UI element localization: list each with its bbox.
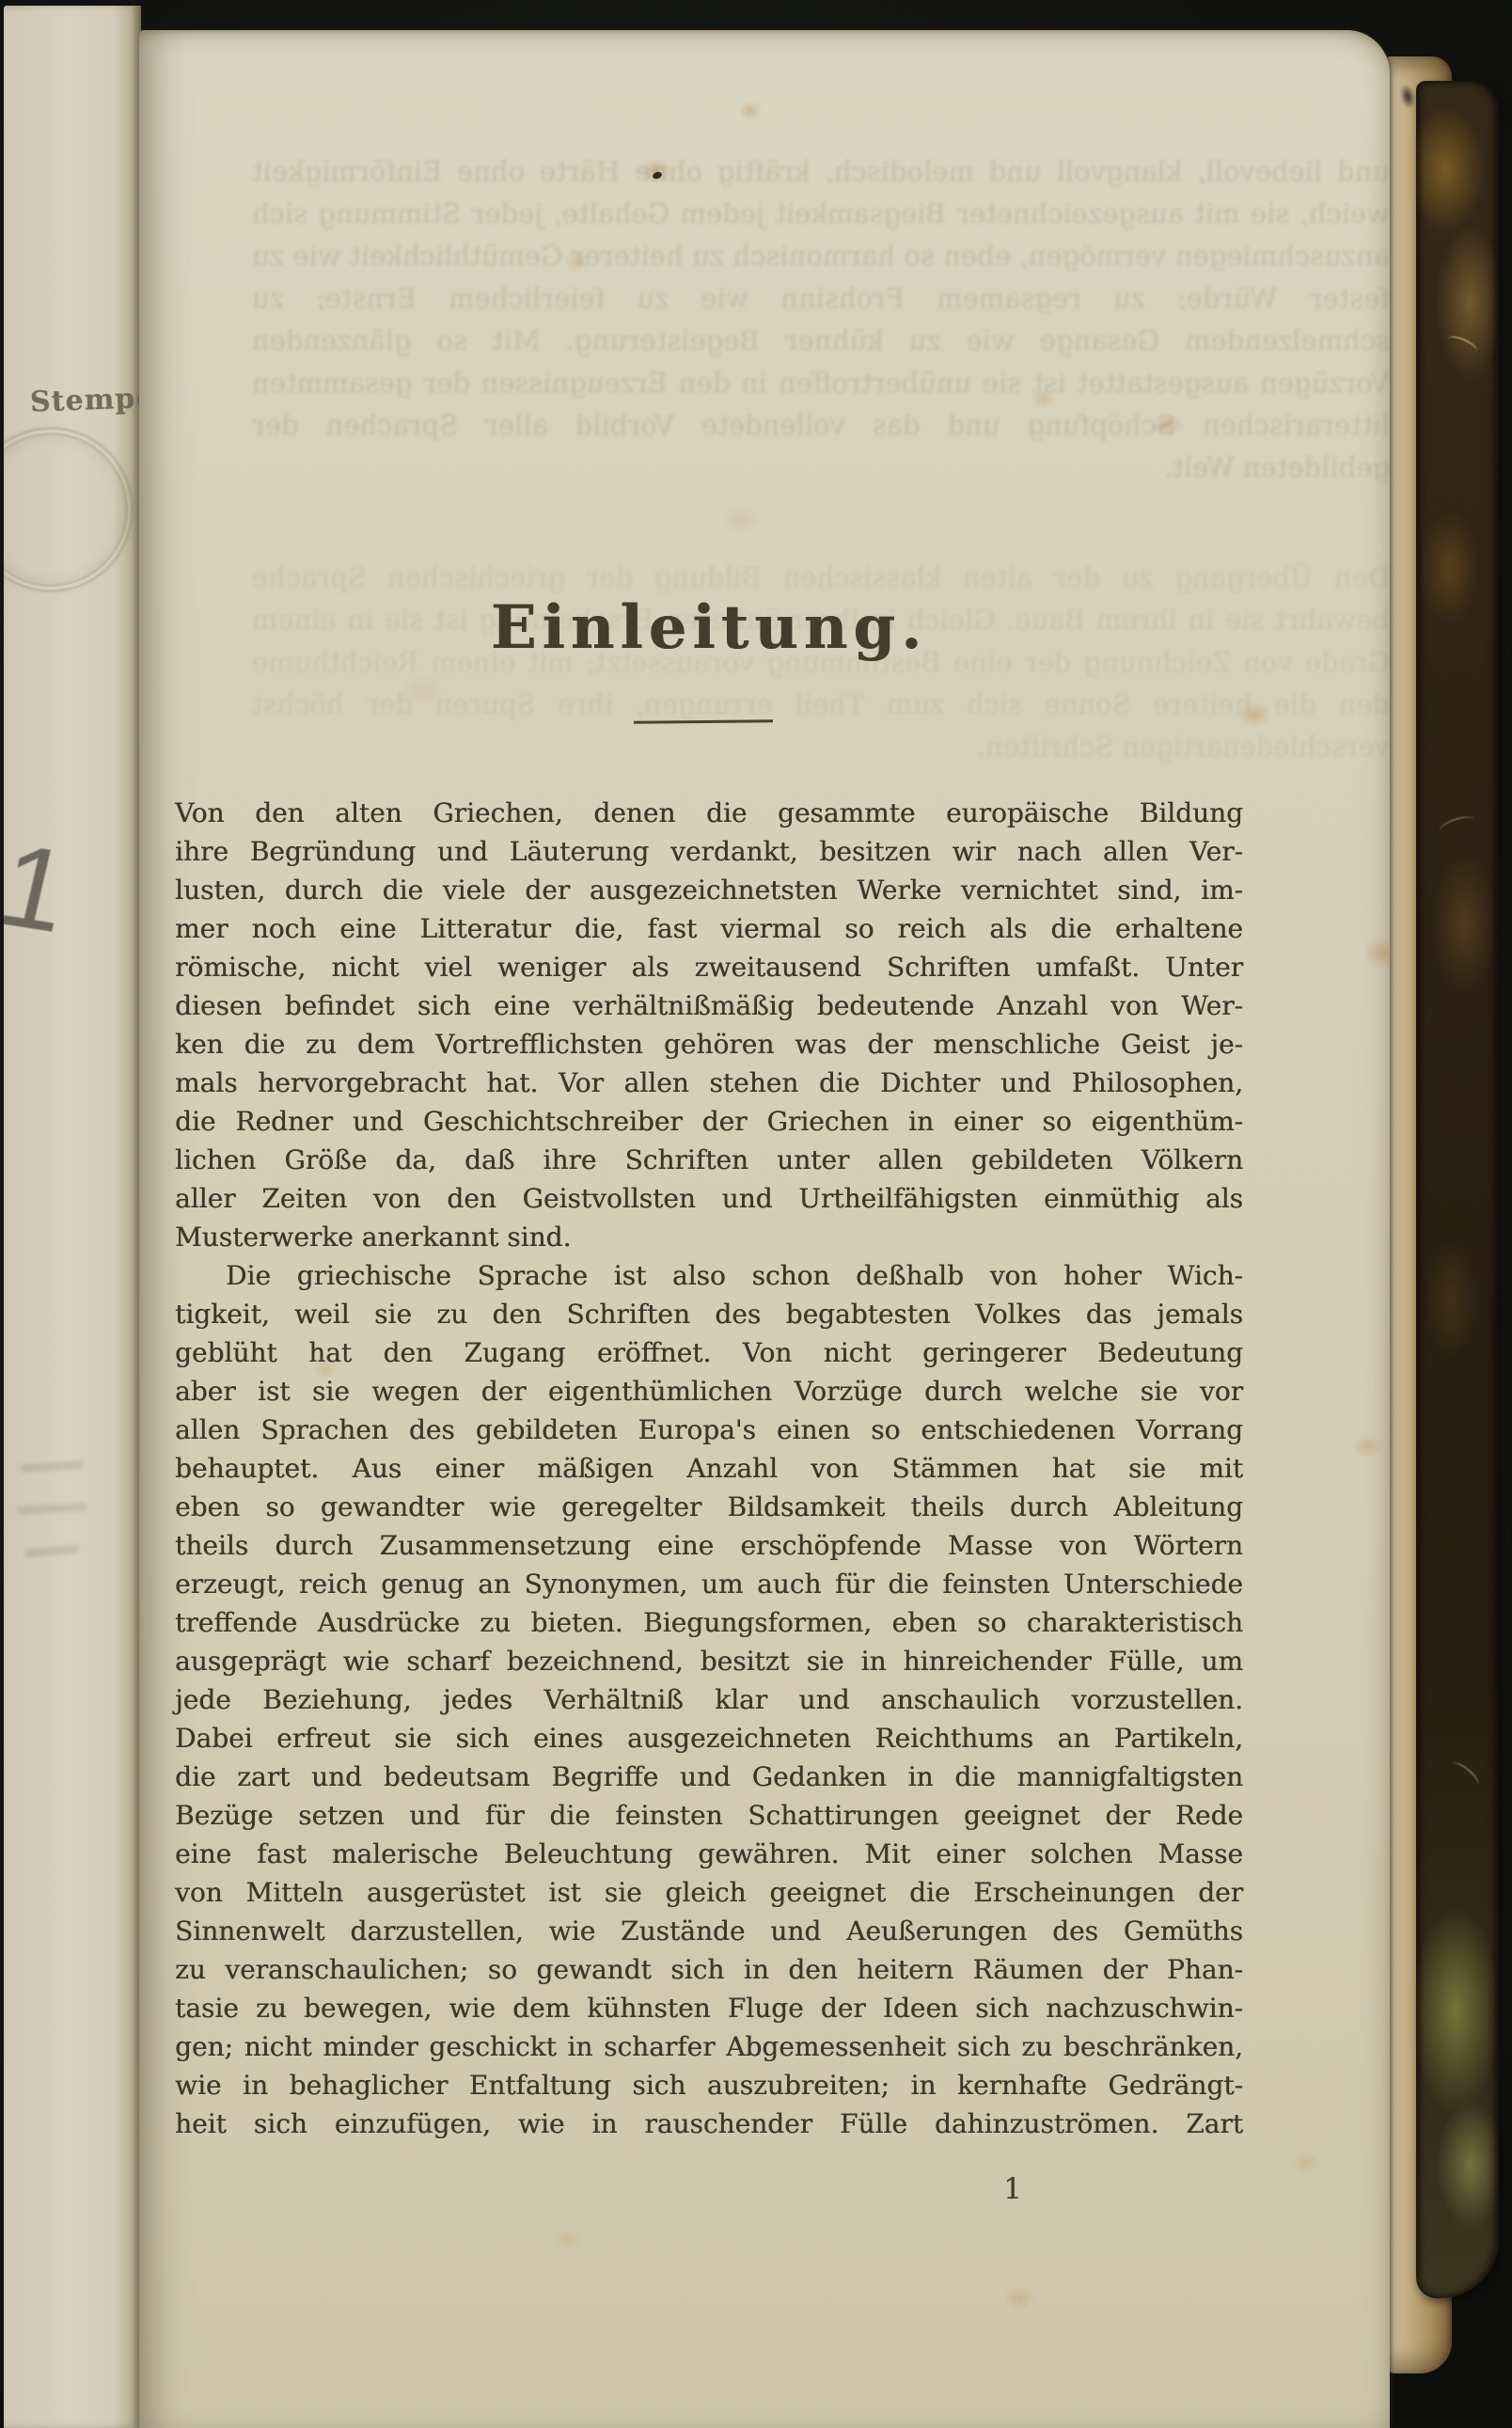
ink-speck [652, 171, 663, 181]
text-line: ken die zu dem Vortrefflichsten gehören … [175, 1025, 1243, 1064]
text-line: eine fast malerische Beleuchtung gewähre… [175, 1835, 1243, 1873]
text-line: aber ist sie wegen der eigenthümlichen V… [175, 1372, 1243, 1411]
text-line: die zart und bedeutsam Begriffe und Geda… [175, 1758, 1243, 1796]
heading-rule [634, 719, 773, 724]
text-line: aller Zeiten von den Geistvollsten und U… [175, 1179, 1243, 1218]
text-line: Sinnenwelt darzustellen, wie Zustände un… [175, 1912, 1243, 1950]
text-line: die Redner und Geschichtschreiber der Gr… [175, 1102, 1243, 1141]
text-line: tigkeit, weil sie zu den Schriften des b… [175, 1295, 1243, 1333]
text-line: lusten, durch die viele der ausgezeichne… [175, 871, 1243, 909]
embossed-stamp-icon [4, 409, 141, 609]
text-line: römische, nicht viel weniger als zweitau… [175, 948, 1243, 986]
text-line: ausgeprägt wie scharf bezeichnend, besit… [175, 1642, 1243, 1680]
text-line: Musterwerke anerkannt sind. [175, 1218, 1243, 1256]
text-line: Von den alten Griechen, denen die gesamm… [175, 794, 1243, 832]
text-line: eben so gewandter wie geregelter Bildsam… [175, 1488, 1243, 1526]
text-line: von Mitteln ausgerüstet ist sie gleich g… [175, 1873, 1243, 1912]
text-line: allen Sprachen des gebildeten Europa's e… [175, 1411, 1243, 1449]
chapter-heading: Einleitung. [175, 592, 1243, 663]
marbled-cover-edge [1416, 81, 1499, 2298]
pencil-smudge [24, 1544, 80, 1557]
text-line: tasie zu bewegen, wie dem kühnsten Fluge… [175, 1989, 1243, 2027]
text-line: zu veranschaulichen; so gewandt sich in … [175, 1950, 1243, 1989]
body-text: Von den alten Griechen, denen die gesamm… [175, 794, 1243, 2143]
text-line: lichen Größe da, daß ihre Schriften unte… [175, 1141, 1243, 1179]
text-line: Dabei erfreut sie sich eines ausgezeichn… [175, 1719, 1243, 1758]
book-page: und liebevoll, klangvoll und melodisch, … [139, 30, 1390, 2428]
text-line: treffende Ausdrücke zu bieten. Biegungsf… [175, 1603, 1243, 1642]
stempel-label: Stempel [29, 381, 141, 418]
text-line: wie in behaglicher Entfaltung sich auszu… [175, 2066, 1243, 2105]
text-line: heit sich einzufügen, wie in rauschender… [175, 2105, 1243, 2143]
text-line: geblüht hat den Zugang eröffnet. Von nic… [175, 1333, 1243, 1372]
page-signature-number: 1 [966, 2172, 1060, 2206]
pencil-annotation-number: 1 [4, 818, 82, 958]
previous-page-edge: Stempel 1 [4, 6, 141, 2428]
pencil-smudge [21, 1460, 83, 1474]
paragraph-1: Von den alten Griechen, denen die gesamm… [175, 794, 1243, 1256]
text-line: behauptet. Aus einer mäßigen Anzahl von … [175, 1449, 1243, 1488]
text-line: theils durch Zusammensetzung eine erschö… [175, 1526, 1243, 1565]
book-scan-screenshot: { "page": { "heading": "Einleitung.", "p… [0, 0, 1512, 2428]
text-line: mer noch eine Litteratur die, fast vierm… [175, 909, 1243, 948]
text-line: gen; nicht minder geschickt in scharfer … [175, 2027, 1243, 2066]
text-line: erzeugt, reich genug an Synonymen, um au… [175, 1565, 1243, 1603]
text-line: ihre Begründung und Läuterung verdankt, … [175, 832, 1243, 871]
paragraph-2: Die griechische Sprache ist also schon d… [175, 1256, 1243, 2143]
text-line: jede Beziehung, jedes Verhältniß klar un… [175, 1680, 1243, 1719]
reverse-side-showthrough: und liebevoll, klangvoll und melodisch, … [252, 150, 1390, 545]
text-line: mals hervorgebracht hat. Vor allen stehe… [175, 1064, 1243, 1102]
text-line: Bezüge setzen und für die feinsten Schat… [175, 1796, 1243, 1835]
text-line: Die griechische Sprache ist also schon d… [175, 1256, 1243, 1295]
text-line: diesen befindet sich eine verhältnißmäßi… [175, 986, 1243, 1025]
pencil-smudge [17, 1503, 87, 1515]
